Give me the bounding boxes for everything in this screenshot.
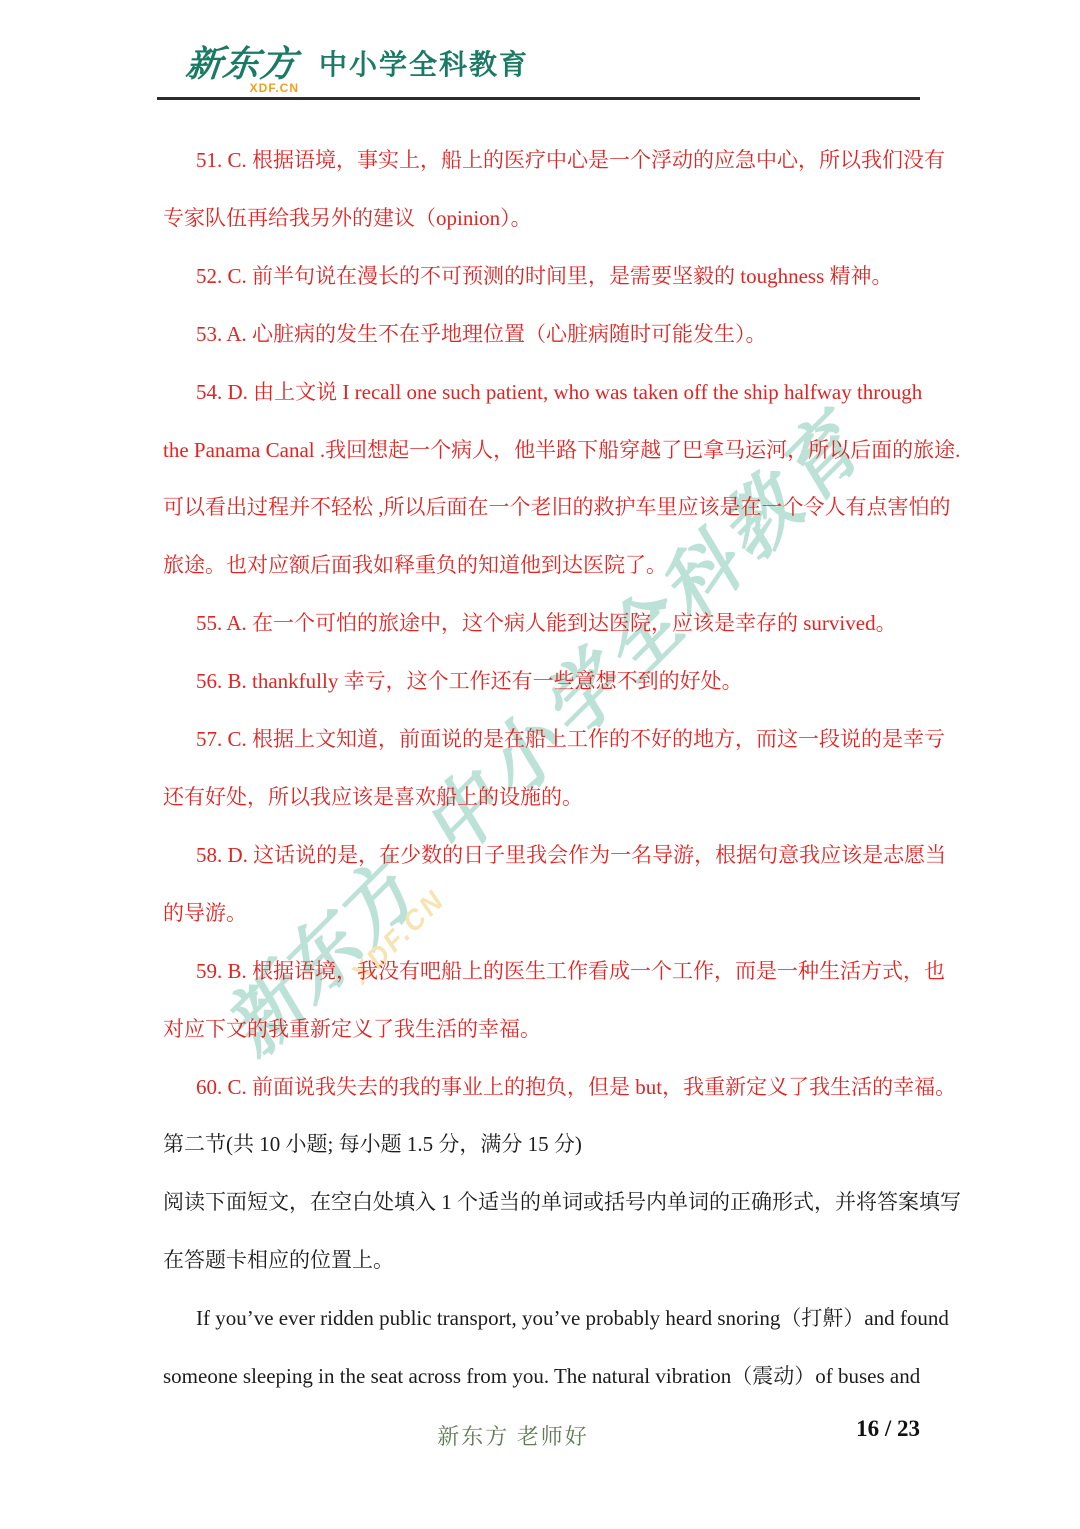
text-line: If you’ve ever ridden public transport, … [163,1290,920,1348]
header-divider [157,97,920,100]
page-footer: 新东方 老师好 16 / 23 [0,1412,1080,1462]
text-line: 专家队伍再给我另外的建议（opinion）。 [163,190,920,248]
text-line: 的导游。 [163,885,920,943]
text-line: 对应下文的我重新定义了我生活的幸福。 [163,1001,920,1059]
logo-domain-text: XDF.CN [250,81,299,95]
text-line: 54. D. 由上文说 I recall one such patient, w… [163,364,920,422]
text-line: 52. C. 前半句说在漫长的不可预测的时间里，是需要坚毅的 toughness… [163,248,920,306]
content-lines: 51. C. 根据语境，事实上，船上的医疗中心是一个浮动的应急中心，所以我们没有… [163,132,920,1406]
text-line: 旅途。也对应额后面我如释重负的知道他到达医院了。 [163,537,920,595]
text-line: 51. C. 根据语境，事实上，船上的医疗中心是一个浮动的应急中心，所以我们没有 [163,132,920,190]
text-line: 阅读下面短文，在空白处填入 1 个适当的单词或括号内单词的正确形式，并将答案填写 [163,1174,920,1232]
text-line: 60. C. 前面说我失去的我的事业上的抱负，但是 but，我重新定义了我生活的… [163,1059,920,1117]
text-line: 59. B. 根据语境，我没有吧船上的医生工作看成一个工作，而是一种生活方式，也 [163,943,920,1001]
text-line: someone sleeping in the seat across from… [163,1348,920,1406]
text-line: 53. A. 心脏病的发生不在乎地理位置（心脏病随时可能发生）。 [163,306,920,364]
text-line: 58. D. 这话说的是，在少数的日子里我会作为一名导游，根据句意我应该是志愿当 [163,827,920,885]
text-line: 可以看出过程并不轻松 ,所以后面在一个老旧的救护车里应该是在一个令人有点害怕的 [163,479,920,537]
document-page: 新东方 XDF.CN 中小学全科教育 新东方XDF.CN中小学全科教育 51. … [0,0,1080,1529]
footer-brand-text: 新东方 老师好 [363,1420,663,1451]
text-line: 55. A. 在一个可怕的旅途中，这个病人能到达医院，应该是幸存的 surviv… [163,595,920,653]
brand-logo: 新东方 XDF.CN 中小学全科教育 [186,46,529,84]
text-line: 56. B. thankfully 幸亏，这个工作还有一些意想不到的好处。 [163,653,920,711]
text-line: the Panama Canal .我回想起一个病人，他半路下船穿越了巴拿马运河… [163,422,920,480]
text-line: 57. C. 根据上文知道，前面说的是在船上工作的不好的地方，而这一段说的是幸亏 [163,711,920,769]
text-line: 第二节(共 10 小题; 每小题 1.5 分，满分 15 分) [163,1116,920,1174]
text-line: 在答题卡相应的位置上。 [163,1232,920,1290]
logo-tagline-text: 中小学全科教育 [319,46,529,84]
logo-brand-text: 新东方 [184,46,299,82]
logo-mark: 新东方 XDF.CN [186,46,297,82]
page-number: 16 / 23 [856,1416,920,1442]
text-line: 还有好处，所以我应该是喜欢船上的设施的。 [163,769,920,827]
